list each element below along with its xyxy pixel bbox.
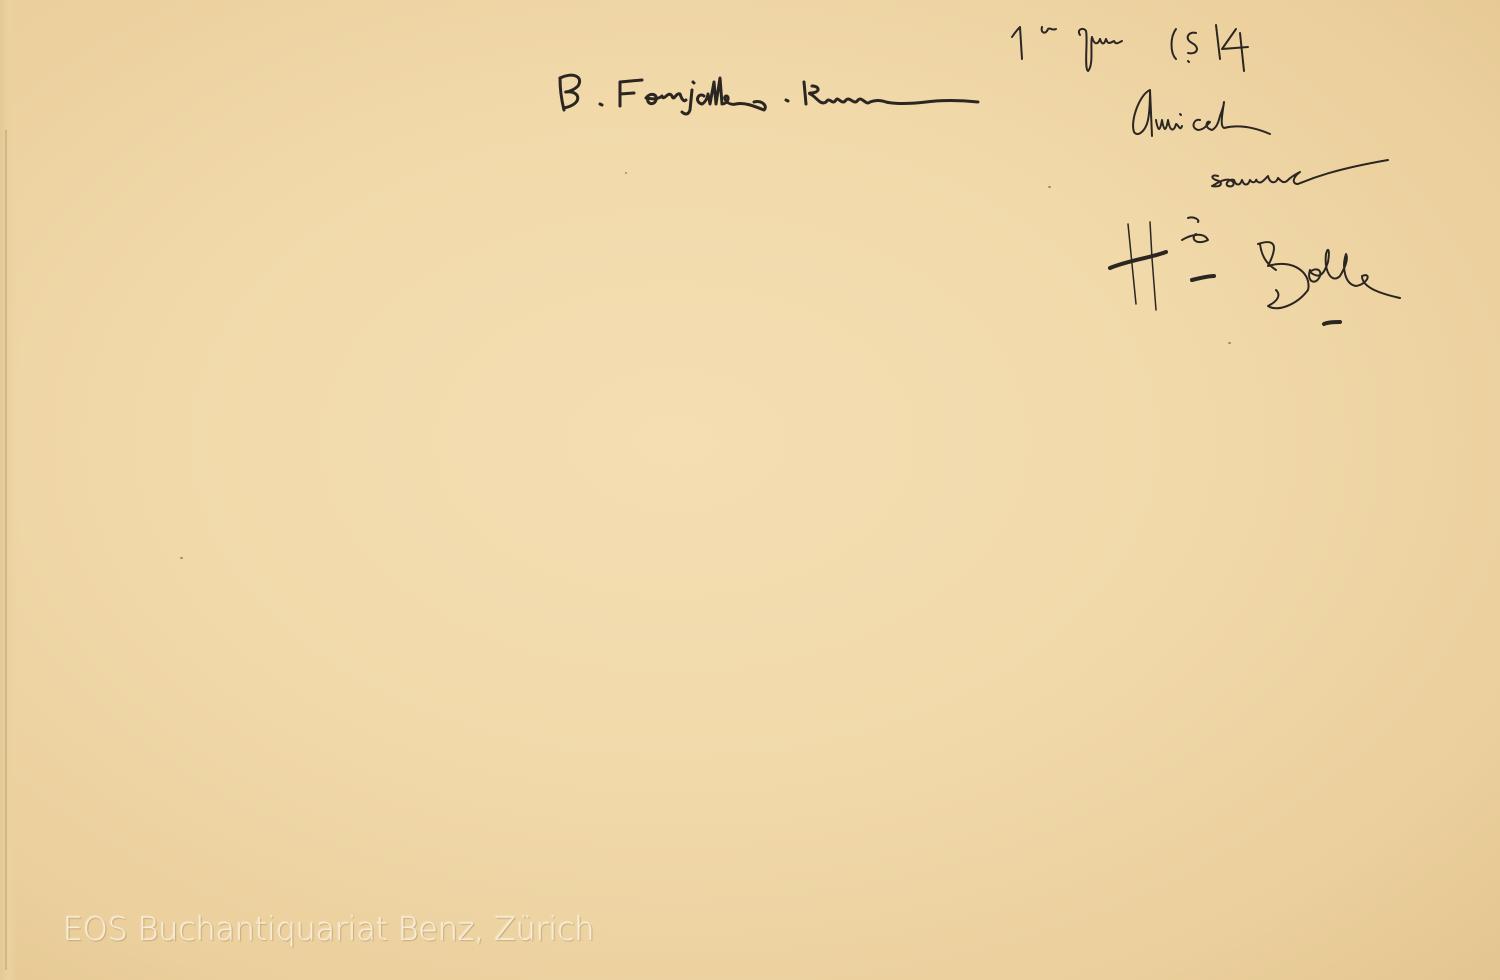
page-deckle-edge (5, 130, 7, 970)
paper-speck (1048, 186, 1051, 188)
paper-speck (625, 172, 627, 174)
date-handwriting (1000, 15, 1260, 75)
dedication-handwriting (1120, 80, 1420, 200)
signature-handwriting (1100, 210, 1420, 340)
paper-speck (1228, 342, 1231, 344)
watermark: EOS Buchantiquariat Benz, Zürich (63, 910, 595, 948)
album-page: B. Fonjallaz - Kunen 1er juin 1914 Amica… (0, 0, 1500, 980)
paper-speck (180, 557, 183, 559)
name-handwriting (550, 60, 990, 120)
page-left-edge (0, 0, 18, 980)
